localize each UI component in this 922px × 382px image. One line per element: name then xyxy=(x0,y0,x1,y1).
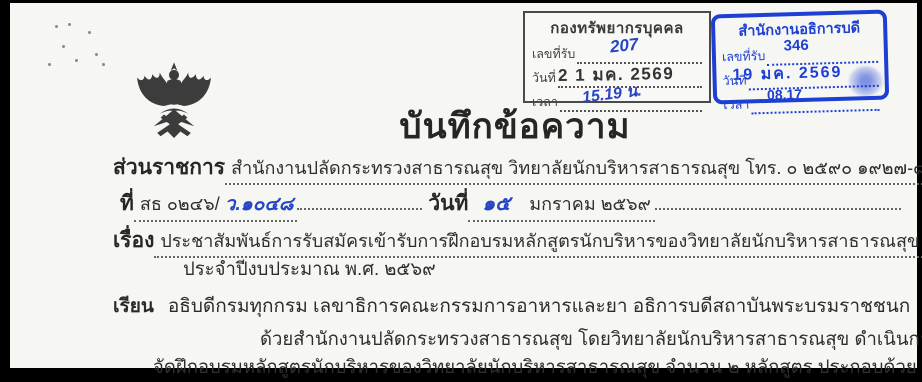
number-value: สธ ๐๒๔๖/ ว.๑๐๔๘ xyxy=(134,189,298,222)
body-paragraph-line2: จัดฝึกอบรมหลักสูตรนักบริหารของวิทยาลัยนั… xyxy=(153,353,917,376)
garuda-emblem-icon xyxy=(132,61,216,141)
subject-line2: ประจำปีงบประมาณ พ.ศ. ๒๕๖๙ xyxy=(183,255,436,284)
number-handwritten: ว.๑๐๔๘ xyxy=(225,194,294,215)
subject-line: เรื่อง ประชาสัมพันธ์การรับสมัครเข้ารับกา… xyxy=(113,224,875,258)
number-label: ที่ xyxy=(120,187,134,220)
date-printed: มกราคม ๒๕๖๙ xyxy=(529,194,651,214)
agency-line: ส่วนราชการ สำนักงานปลัดกระทรวงสาธารณสุข … xyxy=(113,151,901,185)
to-value: อธิบดีกรมทุกกรม เลขาธิการคณะกรรมการอาหาร… xyxy=(168,291,910,321)
dotted-leader xyxy=(655,194,901,210)
to-line: เรียน อธิบดีกรมทุกกรม เลขาธิการคณะกรรมกา… xyxy=(113,291,910,321)
hr-division-received-stamp: กองทรัพยากรบุคคล เลขที่รับ 207 วันที่ 2 … xyxy=(523,11,711,103)
paper-background: กองทรัพยากรบุคคล เลขที่รับ 207 วันที่ 2 … xyxy=(10,3,917,368)
subject-value: ประชาสัมพันธ์การรับสมัครเข้ารับการฝึกอบร… xyxy=(154,226,922,258)
subject-label: เรื่อง xyxy=(113,224,154,257)
memo-title: บันทึกข้อความ xyxy=(320,99,710,154)
date-value: ๑๕ มกราคม ๒๕๖๙ xyxy=(468,187,654,222)
hr-stamp-receipt-number: 207 xyxy=(609,35,639,58)
president-stamp-time-label: เวลา xyxy=(723,94,750,115)
agency-value: สำนักงานปลัดกระทรวงสาธารณสุข วิทยาลัยนัก… xyxy=(225,153,922,185)
number-date-line: ที่ สธ ๐๒๔๖/ ว.๑๐๔๘ วันที่ ๑๕ มกราคม ๒๕๖… xyxy=(120,187,901,222)
president-stamp-time-value: 08.17 xyxy=(767,86,802,103)
body-paragraph-line1: ด้วยสำนักงานปลัดกระทรวงสาธารณสุข โดยวิทย… xyxy=(260,325,922,354)
hr-stamp-date-label: วันที่ xyxy=(532,68,556,88)
dotted-leader xyxy=(297,194,422,210)
date-label: วันที่ xyxy=(428,187,468,220)
president-stamp-date-value: 19 มค. 2569 xyxy=(732,60,843,88)
president-stamp-receipt-number: 346 xyxy=(783,37,808,55)
to-label: เรียน xyxy=(113,291,154,321)
president-office-received-stamp: สำนักงานอธิการบดี เลขที่รับ 346 วันที่ 1… xyxy=(711,10,889,105)
number-printed: สธ ๐๒๔๖/ xyxy=(140,194,220,214)
agency-label: ส่วนราชการ xyxy=(113,151,225,184)
scanned-memo-page: กองทรัพยากรบุคคล เลขที่รับ 207 วันที่ 2 … xyxy=(0,0,922,376)
date-handwritten: ๑๕ xyxy=(482,193,510,215)
